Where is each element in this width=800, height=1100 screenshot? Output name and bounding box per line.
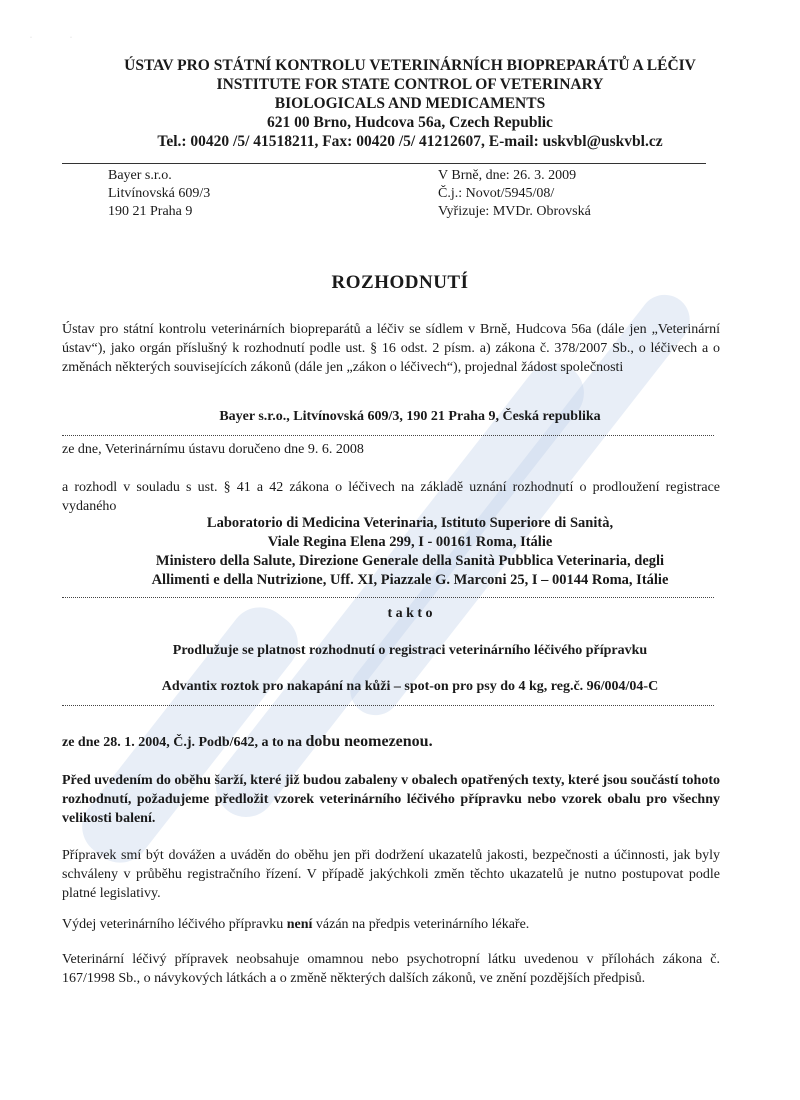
header-address: 621 00 Brno, Hudcova 56a, Czech Republic [60,113,760,132]
issuer-line-1: Laboratorio di Medicina Veterinaria, Ist… [60,514,760,533]
issuer-line-3: Ministero della Salute, Direzione Genera… [60,552,760,571]
dispense-emphasis: není [287,917,313,932]
sample-requirement: Před uvedením do oběhu šarží, které již … [62,771,720,828]
product-name: Advantix roztok pro nakapání na kůži – s… [60,677,760,696]
issuer-line-4: Allimenti e della Nutrizione, Uff. XI, P… [60,571,760,590]
decision-paragraph: a rozhodl v souladu s ust. § 41 a 42 zák… [62,478,720,516]
issuer-line-2: Viale Regina Elena 299, I - 00161 Roma, … [60,533,760,552]
validity-emphasis: dobu neomezenou. [305,733,432,750]
validity-line: ze dne 28. 1. 2004, Č.j. Podb/642, a to … [62,732,720,752]
takto-label: t a k t o [60,604,760,623]
page-title: ROZHODNUTÍ [0,272,800,294]
institute-header: ÚSTAV PRO STÁTNÍ KONTROLU VETERINÁRNÍCH … [60,56,760,151]
header-line-czech: ÚSTAV PRO STÁTNÍ KONTROLU VETERINÁRNÍCH … [60,56,760,75]
header-contact: Tel.: 00420 /5/ 41518211, Fax: 00420 /5/… [60,132,760,151]
intro-paragraph: Ústav pro státní kontrolu veterinárních … [62,320,720,377]
header-line-english: INSTITUTE FOR STATE CONTROL OF VETERINAR… [60,75,760,94]
applicant: Bayer s.r.o., Litvínovská 609/3, 190 21 … [60,407,760,426]
recipient-city: 190 21 Praha 9 [108,203,210,221]
document-meta: V Brně, dne: 26. 3. 2009 Č.j.: Novot/594… [438,167,591,221]
dotted-separator [62,705,714,706]
dispense-prefix: Výdej veterinárního léčivého přípravku [62,917,287,932]
narcotics-paragraph: Veterinární léčivý přípravek neobsahuje … [62,950,720,988]
meta-handled-by: Vyřizuje: MVDr. Obrovská [438,203,591,221]
extension-statement: Prodlužuje se platnost rozhodnutí o regi… [60,641,760,660]
meta-reference: Č.j.: Novot/5945/08/ [438,185,591,203]
issuer-block: Laboratorio di Medicina Veterinaria, Ist… [60,514,760,590]
recipient-name: Bayer s.r.o. [108,167,210,185]
dotted-separator [62,435,714,436]
scan-mark: · [70,35,72,41]
dispense-suffix: vázán na předpis veterinárního lékaře. [312,917,529,932]
document-page: · · ÚSTAV PRO STÁTNÍ KONTROLU VETERINÁRN… [0,0,800,1100]
dotted-separator [62,597,714,598]
validity-prefix: ze dne 28. 1. 2004, Č.j. Podb/642, a to … [62,735,305,750]
header-rule [62,163,706,164]
meta-date: V Brně, dne: 26. 3. 2009 [438,167,591,185]
scan-mark: · [30,35,32,41]
quality-paragraph: Přípravek smí být dovážen a uváděn do ob… [62,846,720,903]
dispense-line: Výdej veterinárního léčivého přípravku n… [62,915,720,934]
received-line: ze dne, Veterinárnímu ústavu doručeno dn… [62,440,720,459]
header-line-english-2: BIOLOGICALS AND MEDICAMENTS [60,94,760,113]
recipient-street: Litvínovská 609/3 [108,185,210,203]
recipient-address: Bayer s.r.o. Litvínovská 609/3 190 21 Pr… [108,167,210,221]
